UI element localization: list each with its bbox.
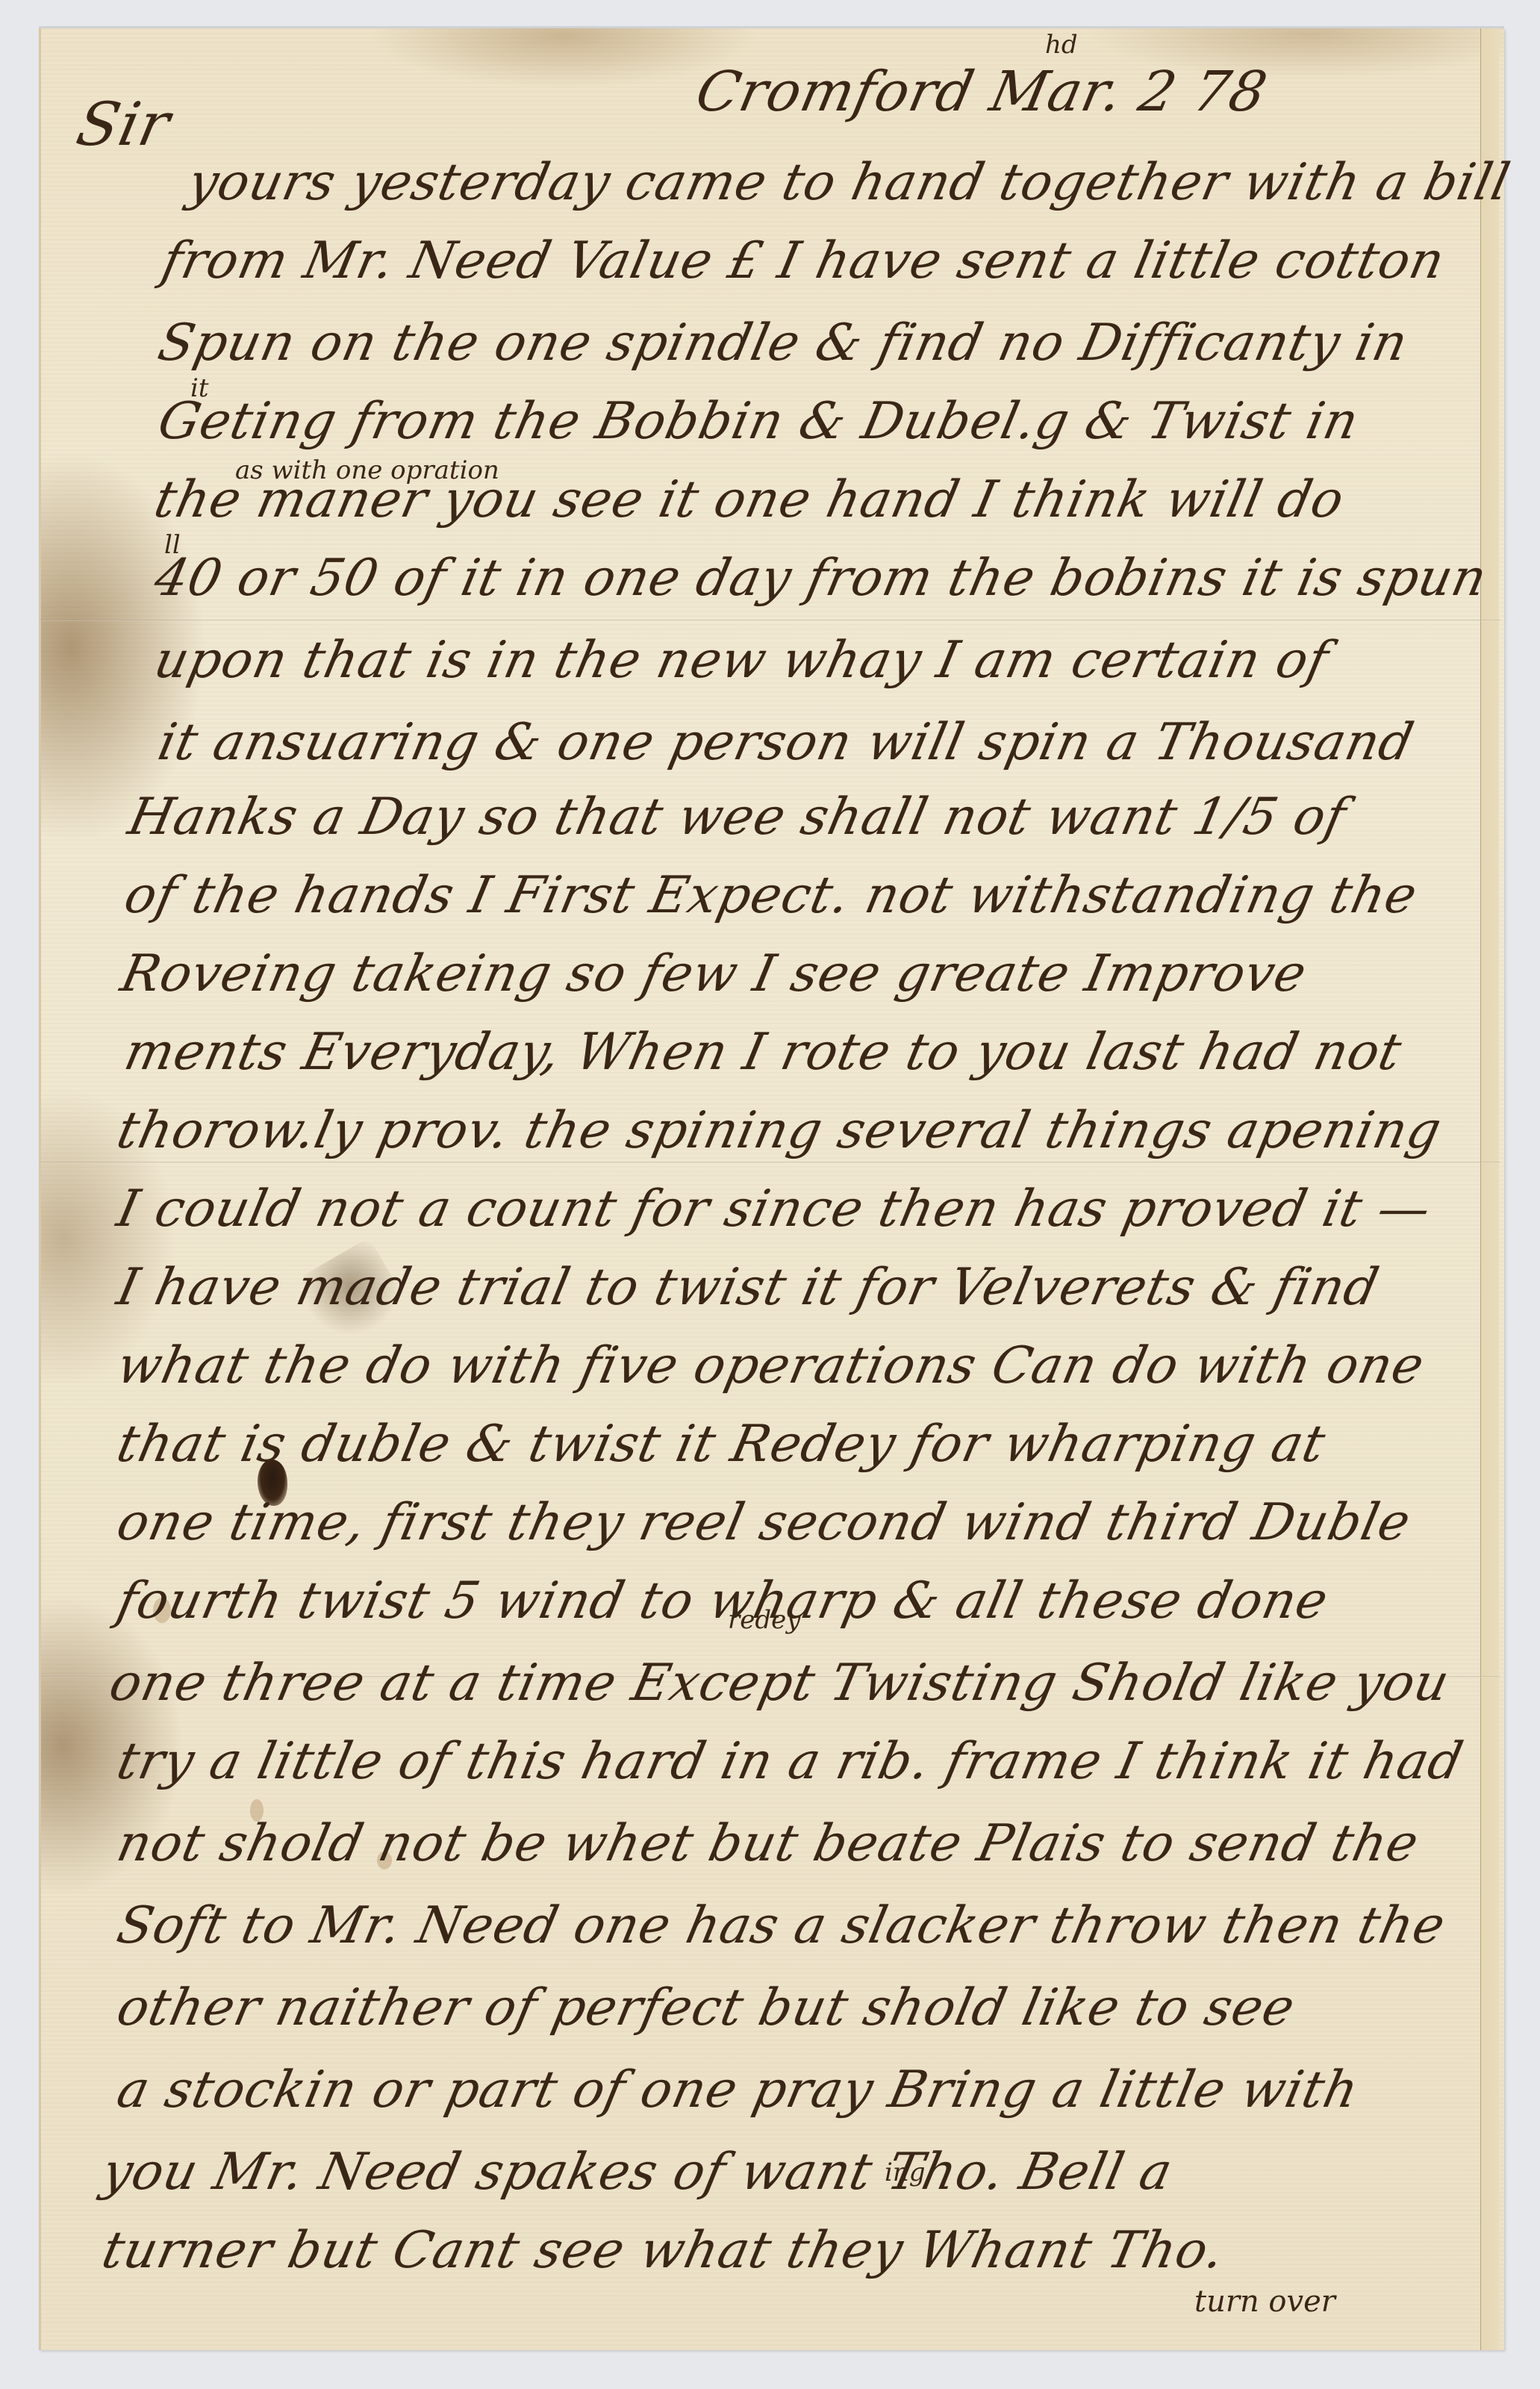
insertion-it: it <box>190 373 209 403</box>
letter-line-21: try a little of this hard in a rib. fram… <box>112 1732 1468 1791</box>
letter-line-14: I could not a count for since then has p… <box>112 1180 1436 1239</box>
salutation: Sir <box>71 90 176 159</box>
letter-line-19: fourth twist 5 wind to wharp & all these… <box>112 1572 1333 1630</box>
letter-line-1: yours yesterday came to hand together wi… <box>183 153 1515 212</box>
letter-line-22: not shold not be whet but beate Plais to… <box>112 1814 1424 1873</box>
letter-line-11: Roveing takeing so few I see greate Impr… <box>116 944 1312 1003</box>
letter-line-10: of the hands I First Expect. not withsta… <box>119 866 1423 925</box>
letter-line-27: turner but Cant see what they Whant Tho. <box>97 2221 1230 2280</box>
letter-line-7: upon that is in the new whay I am certai… <box>149 631 1334 690</box>
letter-line-3: Spun on the one spindle & find no Diffic… <box>153 314 1413 373</box>
letter-line-13: thorow.ly prov. the spining several thin… <box>112 1101 1447 1160</box>
letter-line-24: other naither of perfect but shold like … <box>112 1978 1300 2037</box>
letter-line-25: a stockin or part of one pray Bring a li… <box>112 2061 1364 2119</box>
letter-line-2: from Mr. Need Value £ I have sent a litt… <box>157 231 1450 290</box>
letter-line-20: one three at a time Except Twisting Shol… <box>105 1654 1455 1713</box>
place-and-date: Cromford Mar. 2 78 <box>690 60 1273 124</box>
letter-line-4: Geting from the Bobbin & Dubel.g & Twist… <box>153 392 1364 451</box>
letter-line-23: Soft to Mr. Need one has a slacker throw… <box>112 1896 1450 1955</box>
insertion-redey: redey <box>728 1605 800 1635</box>
letter-line-15: I have made trial to twist it for Velver… <box>112 1258 1384 1317</box>
date-superscript: hd <box>1045 30 1078 60</box>
fold-crease-middle <box>39 1162 1500 1163</box>
letter-line-9: Hanks a Day so that wee shall not want 1… <box>123 788 1351 847</box>
letter-line-12: ments Everyday, When I rote to you last … <box>119 1023 1407 1082</box>
letter-line-26: you Mr. Need spakes of want Tho. Bell a <box>97 2143 1178 2202</box>
fold-crease-upper <box>39 620 1500 621</box>
letter-line-17: that is duble & twist it Redey for wharp… <box>112 1415 1331 1474</box>
letter-line-16: what the do with five operations Can do … <box>112 1336 1430 1395</box>
letter-line-8: it ansuaring & one person will spin a Th… <box>153 713 1419 772</box>
turn-over-note: turn over <box>1194 2284 1335 2319</box>
letter-line-6: 40 or 50 of it in one day from the bobin… <box>149 549 1492 608</box>
insertion-ll: ll <box>164 530 181 560</box>
insertion-ing: ing <box>885 2158 926 2187</box>
insertion-with-one-operation: as with one opration <box>235 455 499 485</box>
folded-right-edge <box>1480 28 1499 2350</box>
letter-line-18: one time, first they reel second wind th… <box>112 1493 1416 1552</box>
